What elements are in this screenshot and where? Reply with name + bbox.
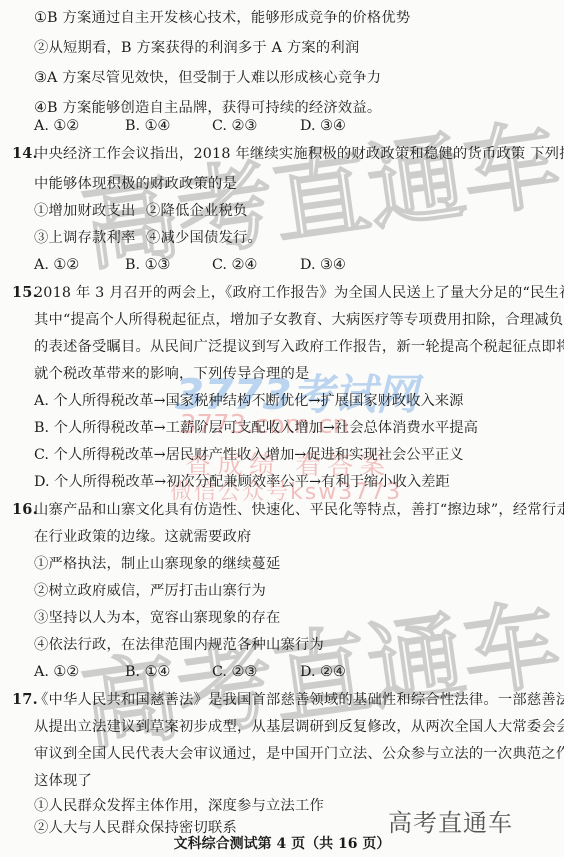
q17-stem-line-2: 从提出立法建议到草案初步成型，从基层调研到反复修改，从两次全国人大常委会会议 [34, 717, 564, 737]
q13-statement-3: ③A 方案尽管见效快，但受制于人难以形成核心竞争力 [34, 68, 381, 88]
page-footer: 文科综合测试第 4 页（共 16 页） [0, 834, 564, 854]
q15-stem-line-1: 2018 年 3 月召开的两会上，《政府工作报告》为全国人民送上了量大分足的“民… [34, 283, 564, 303]
q13-statement-2: ②从短期看，B 方案获得的利润多于 A 方案的利润 [34, 38, 359, 58]
q16-statement-1: ①严格执法，制止山寨现象的继续蔓延 [34, 554, 280, 574]
q14-option-a[interactable]: A. ①② [34, 255, 79, 275]
q15-stem-line-2: 其中“提高个人所得税起征点，增加子女教育、大病医疗等专项费用扣除，合理减负” [34, 310, 564, 330]
q17-stem-line-1: 《中华人民共和国慈善法》是我国首部慈善领域的基础性和综合性法律。一部慈善法， [34, 690, 564, 710]
q13-option-a[interactable]: A. ①② [34, 116, 79, 136]
q13-statement-1: ①B 方案通过自主开发核心技术，能够形成竞争的价格优势 [34, 8, 410, 28]
q15-stem-line-4: 就个税改革带来的影响，下列传导合理的是 [34, 364, 309, 384]
q14-option-c[interactable]: C. ②④ [212, 255, 257, 275]
q17-statement-1: ①人民群众发挥主体作用，深度参与立法工作 [34, 796, 324, 816]
q16-statement-4: ④依法行政，在法律范围内规范各种山寨行为 [34, 635, 324, 655]
q13-option-c[interactable]: C. ②③ [212, 116, 257, 136]
q14-option-b[interactable]: B. ①③ [125, 255, 170, 275]
brand-watermark: 高考直通车 [388, 803, 513, 838]
q13-option-d[interactable]: D. ③④ [300, 116, 346, 136]
q16-option-b[interactable]: B. ①④ [125, 662, 170, 682]
q16-statement-3: ③坚持以人为本，宽容山寨现象的存在 [34, 608, 280, 628]
q13-statement-4: ④B 方案能够创造自主品牌，获得可持续的经济效益。 [34, 98, 381, 118]
exam-page: 高考直通车 高考直通车 3773考试网 3773.com.cn 查成绩 看答案 … [0, 0, 564, 857]
q16-option-d[interactable]: D. ②④ [300, 662, 346, 682]
q16-statement-2: ②树立政府威信，严厉打击山寨行为 [34, 581, 266, 601]
q15-option-d[interactable]: D. 个人所得税改革→初次分配兼顾效率公平→有利于缩小收入差距 [34, 472, 450, 492]
q14-statement-4: ④减少国债发行。 [146, 228, 262, 248]
q16-stem-line-1: 山寨产品和山寨文化具有仿造性、快速化、平民化等特点，善打“擦边球”，经常行走 [34, 500, 564, 520]
q14-statement-1: ①增加财政支出 [34, 201, 135, 221]
q15-option-b[interactable]: B. 个人所得税改革→工薪阶层可支配收入增加→社会总体消费水平提高 [34, 418, 478, 438]
q16-option-a[interactable]: A. ①② [34, 662, 79, 682]
q14-statement-3: ③上调存款利率 [34, 228, 135, 248]
q15-option-a[interactable]: A. 个人所得税改革→国家税种结构不断优化→扩展国家财政收入来源 [34, 391, 463, 411]
q15-option-c[interactable]: C. 个人所得税改革→居民财产性收入增加→促进和实现社会公平正义 [34, 445, 464, 465]
q13-option-b[interactable]: B. ①④ [125, 116, 170, 136]
q16-option-c[interactable]: C. ②③ [212, 662, 257, 682]
q16-stem-line-2: 在行业政策的边缘。这就需要政府 [34, 527, 251, 547]
q14-option-d[interactable]: D. ③④ [300, 255, 346, 275]
q15-stem-line-3: 的表述备受瞩目。从民间广泛提议到写入政府工作报告，新一轮提高个税起征点即将启动。 [34, 337, 564, 357]
q14-statement-2: ②降低企业税负 [146, 201, 247, 221]
q17-stem-line-3: 审议到全国人民代表大会审议通过，是中国开门立法、公众参与立法的一次典范之作。 [34, 744, 564, 764]
q17-stem-line-4: 这体现了 [34, 771, 92, 791]
q14-stem-line-2: 中能够体现积极的财政政策的是 [34, 174, 237, 194]
q14-stem-line-1: 中央经济工作会议指出，2018 年继续实施积极的财政政策和稳健的货币政策 下列措… [34, 144, 564, 164]
